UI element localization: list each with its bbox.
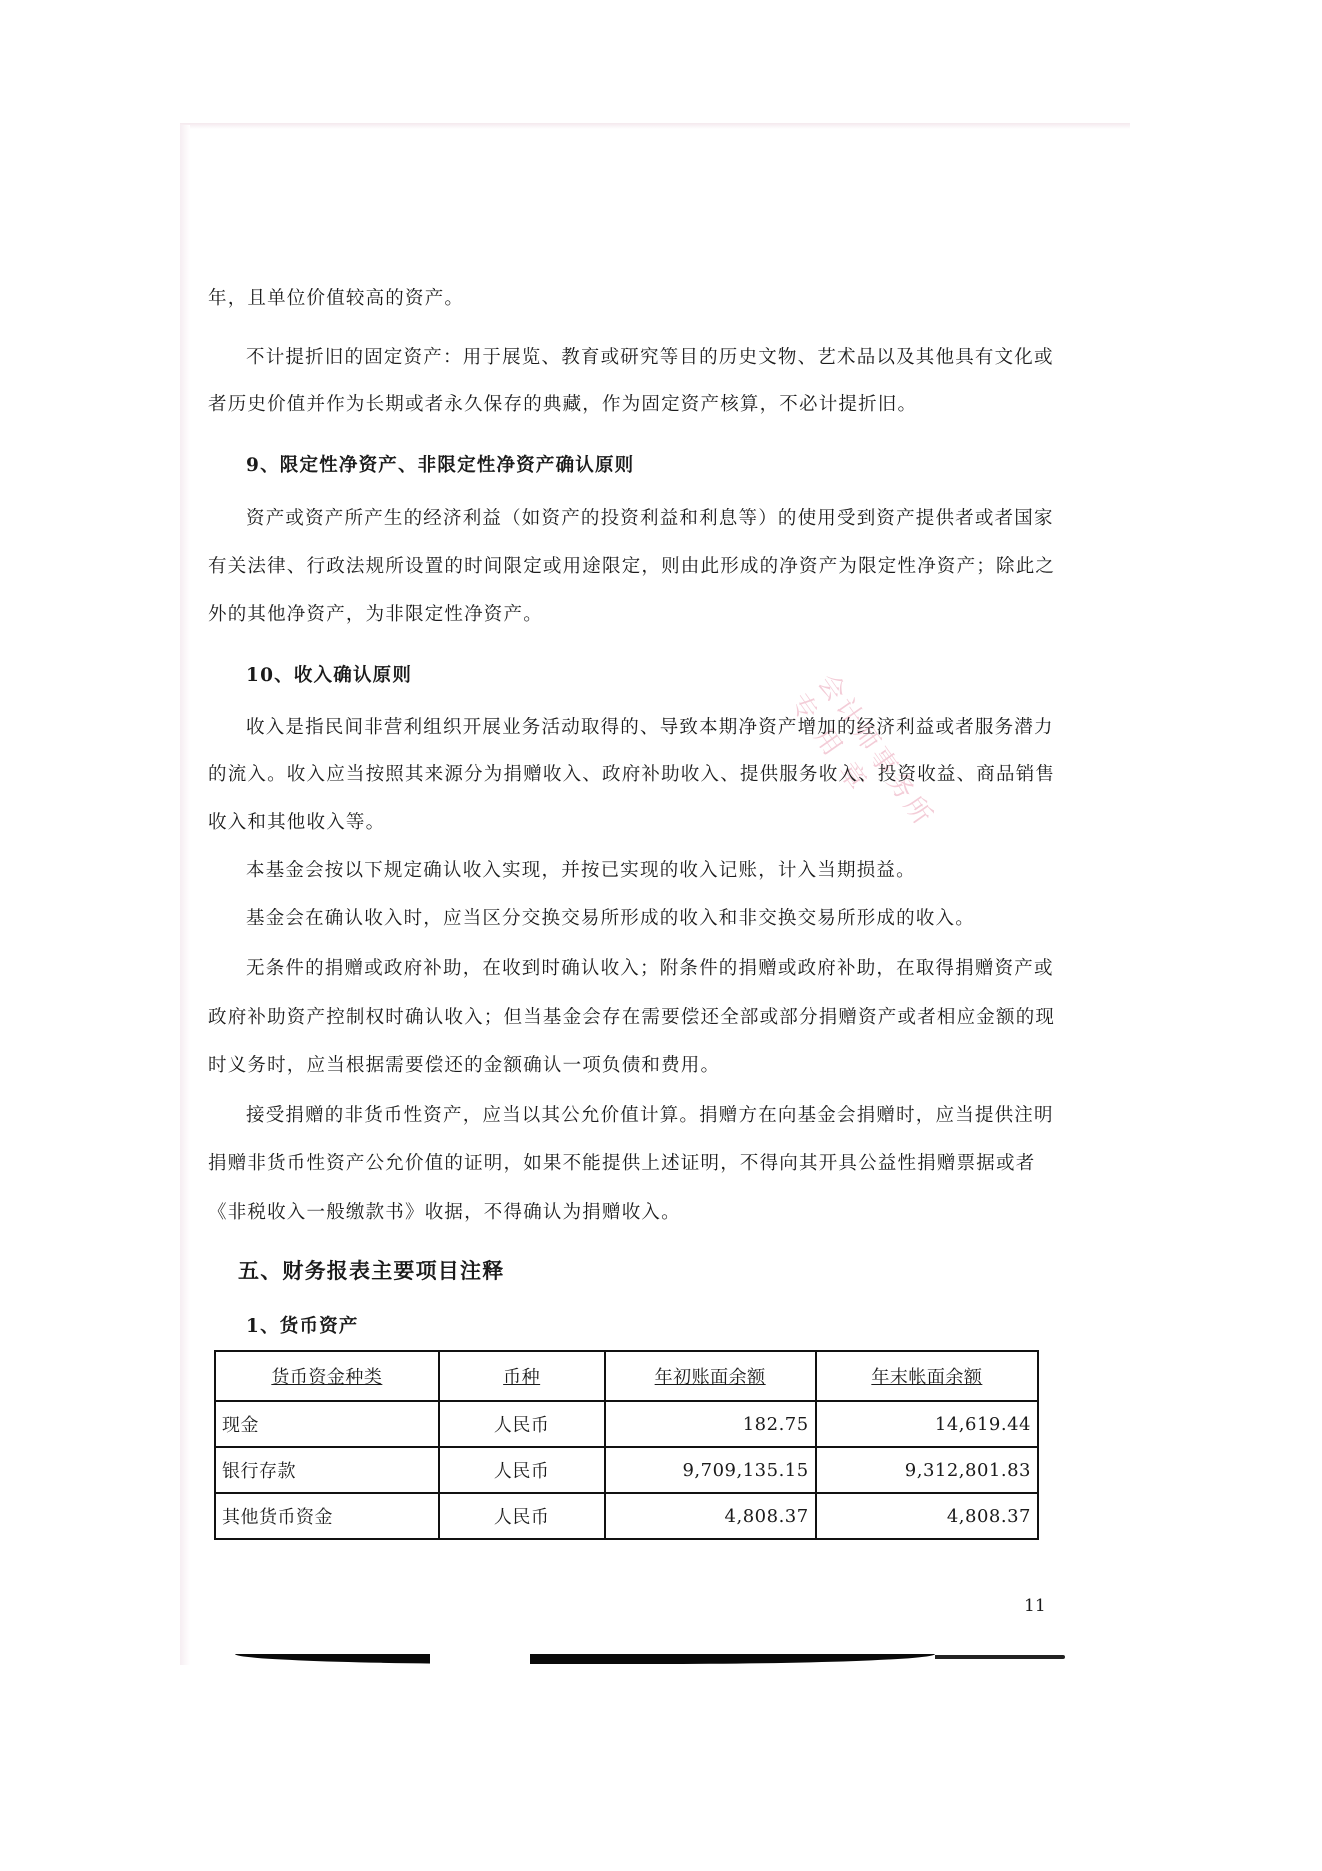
- cell-currency: 人民币: [439, 1447, 605, 1493]
- paragraph-noncash-donations-line-3: 《非税收入一般缴款书》收据，不得确认为捐赠收入。: [208, 1201, 1043, 1225]
- section-title: 五、财务报表主要项目注释: [238, 1259, 1073, 1283]
- paragraph-fixed-assets-line-2: 者历史价值并作为长期或者永久保存的典藏，作为固定资产核算，不必计提折旧。: [208, 393, 1043, 417]
- paragraph-fixed-assets-line-1: 不计提折旧的固定资产：用于展览、教育或研究等目的历史文物、艺术品以及其他具有文化…: [208, 346, 1081, 370]
- cell-fund-type: 银行存款: [215, 1447, 439, 1493]
- paragraph-donations-line-1: 无条件的捐赠或政府补助，在收到时确认收入；附条件的捐赠或政府补助，在取得捐赠资产…: [208, 957, 1081, 981]
- cell-currency: 人民币: [439, 1401, 605, 1447]
- subsection-title: 1、货币资产: [246, 1315, 1081, 1339]
- cell-opening-balance: 182.75: [605, 1401, 816, 1447]
- heading-net-assets: 9、限定性净资产、非限定性净资产确认原则: [208, 454, 1081, 478]
- header-currency: 币种: [439, 1351, 605, 1401]
- table-row: 银行存款 人民币 9,709,135.15 9,312,801.83: [215, 1447, 1038, 1493]
- paragraph-exchange-transactions: 基金会在确认收入时，应当区分交换交易所形成的收入和非交换交易所形成的收入。: [208, 907, 1081, 931]
- monetary-assets-table: 货币资金种类 币种 年初账面余额 年末帐面余额 现金 人民币 182.75 14…: [214, 1350, 1039, 1540]
- scan-shadow-tail: [935, 1655, 1065, 1659]
- cell-opening-balance: 4,808.37: [605, 1493, 816, 1539]
- paragraph-revenue-line-3: 收入和其他收入等。: [208, 811, 1043, 835]
- page-left-edge: [180, 125, 190, 1665]
- cell-opening-balance: 9,709,135.15: [605, 1447, 816, 1493]
- paragraph-net-assets-line-3: 外的其他净资产，为非限定性净资产。: [208, 603, 1043, 627]
- table-row: 其他货币资金 人民币 4,808.37 4,808.37: [215, 1493, 1038, 1539]
- header-opening-balance: 年初账面余额: [605, 1351, 816, 1401]
- table-row: 现金 人民币 182.75 14,619.44: [215, 1401, 1038, 1447]
- paragraph-revenue-line-2: 的流入。收入应当按照其来源分为捐赠收入、政府补助收入、提供服务收入、投资收益、商…: [208, 763, 1043, 787]
- cell-currency: 人民币: [439, 1493, 605, 1539]
- table-header-row: 货币资金种类 币种 年初账面余额 年末帐面余额: [215, 1351, 1038, 1401]
- paragraph-continuation: 年，且单位价值较高的资产。: [208, 287, 1043, 311]
- cell-fund-type: 其他货币资金: [215, 1493, 439, 1539]
- header-fund-type: 货币资金种类: [215, 1351, 439, 1401]
- cell-fund-type: 现金: [215, 1401, 439, 1447]
- cell-closing-balance: 9,312,801.83: [816, 1447, 1038, 1493]
- paragraph-donations-line-2: 政府补助资产控制权时确认收入；但当基金会存在需要偿还全部或部分捐赠资产或者相应金…: [208, 1006, 1043, 1030]
- paragraph-noncash-donations-line-1: 接受捐赠的非货币性资产，应当以其公允价值计算。捐赠方在向基金会捐赠时，应当提供注…: [208, 1104, 1081, 1128]
- page-top-edge: [180, 123, 1130, 129]
- heading-revenue-recognition: 10、收入确认原则: [208, 664, 1081, 688]
- paragraph-revenue-line-1: 收入是指民间非营利组织开展业务活动取得的、导致本期净资产增加的经济利益或者服务潜…: [208, 716, 1081, 740]
- cell-closing-balance: 4,808.37: [816, 1493, 1038, 1539]
- scan-shadow-gap: [430, 1654, 530, 1664]
- paragraph-net-assets-line-2: 有关法律、行政法规所设置的时间限定或用途限定，则由此形成的净资产为限定性净资产；…: [208, 555, 1043, 579]
- paragraph-revenue-realization: 本基金会按以下规定确认收入实现，并按已实现的收入记账，计入当期损益。: [208, 859, 1081, 883]
- header-closing-balance: 年末帐面余额: [816, 1351, 1038, 1401]
- paragraph-donations-line-3: 时义务时，应当根据需要偿还的金额确认一项负债和费用。: [208, 1054, 1043, 1078]
- paragraph-net-assets-line-1: 资产或资产所产生的经济利益（如资产的投资利益和利息等）的使用受到资产提供者或者国…: [208, 507, 1081, 531]
- cell-closing-balance: 14,619.44: [816, 1401, 1038, 1447]
- paragraph-noncash-donations-line-2: 捐赠非货币性资产公允价值的证明，如果不能提供上述证明，不得向其开具公益性捐赠票据…: [208, 1152, 1043, 1176]
- page-number: 11: [1024, 1596, 1046, 1616]
